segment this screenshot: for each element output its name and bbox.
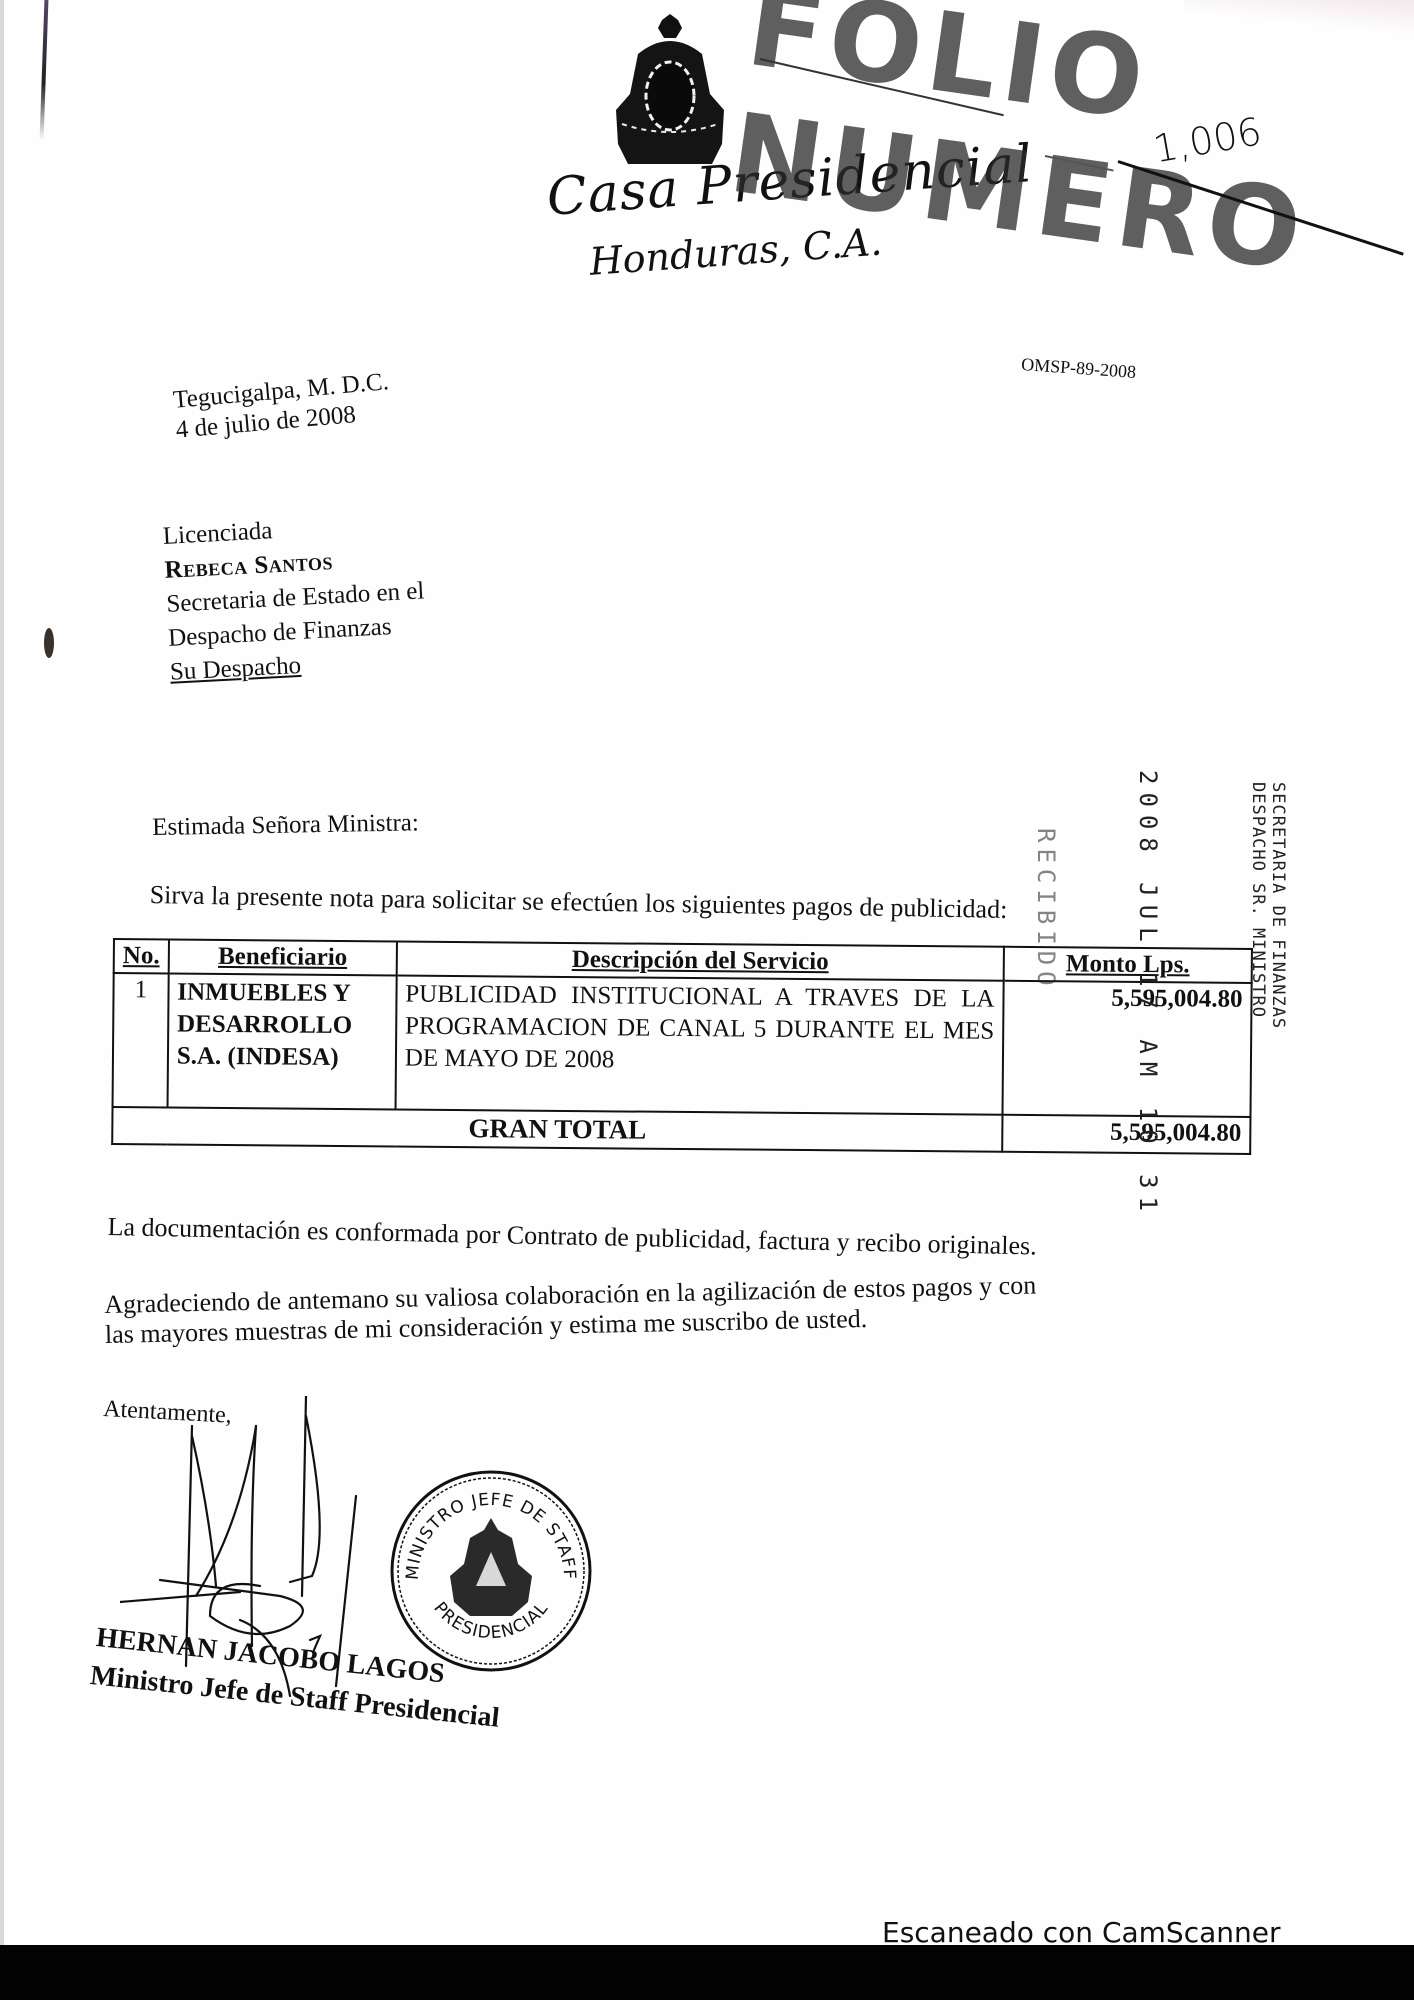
scanner-footer-bar (0, 1945, 1414, 2000)
salutation: Estimada Señora Ministra: (152, 809, 419, 842)
column-header-no: No. (114, 939, 169, 973)
column-header-beneficiary: Beneficiario (169, 939, 397, 975)
reference-code: OMSP-89-2008 (1021, 354, 1137, 383)
payments-table-container: No. Beneficiario Descripción del Servici… (111, 938, 1253, 1155)
official-seal-icon: MINISTRO JEFE DE STAFF PRESIDENCIAL (388, 1468, 594, 1674)
row-beneficiary: INMUEBLES Y DESARROLLO S.A. (INDESA) (167, 973, 396, 1109)
grand-total-label: GRAN TOTAL (112, 1107, 1002, 1152)
scan-artifact (40, 0, 49, 140)
honduras-coat-of-arms-icon (612, 14, 728, 168)
scanner-watermark: Escaneado con CamScanner (882, 1916, 1280, 1949)
page-edge (0, 0, 4, 1945)
binder-hole-mark (44, 628, 54, 658)
documentation-note: La documentación es conformada por Contr… (107, 1212, 1037, 1261)
payments-table: No. Beneficiario Descripción del Servici… (111, 938, 1253, 1155)
finance-office-stamp: SECRETARIA DE FINANZAS (1268, 782, 1288, 1029)
row-description: PUBLICIDAD INSTITUCIONAL A TRAVES DE LA … (395, 975, 1003, 1114)
column-header-description: Descripción del Servicio (396, 941, 1003, 980)
closing-paragraph: Agradeciendo de antemano su valiosa cola… (104, 1270, 1037, 1350)
place-date: Tegucigalpa, M. D.C. 4 de julio de 2008 (172, 367, 393, 446)
row-number: 1 (113, 973, 169, 1107)
finance-office-stamp: DESPACHO SR. MINISTRO (1248, 782, 1268, 1018)
table-row: 1 INMUEBLES Y DESARROLLO S.A. (INDESA) P… (113, 973, 1252, 1117)
received-stamp: RECIBIDO (1032, 828, 1060, 992)
grand-total-amount: 5,595,004.80 (1002, 1115, 1250, 1154)
received-date-stamp: 2008 JUL 17 AM 10 31 (1134, 770, 1162, 1219)
addressee-block: Licenciada Rebeca Santos Secretaria de E… (162, 506, 429, 689)
intro-paragraph: Sirva la presente nota para solicitar se… (149, 880, 1007, 925)
scanned-letter-page: Casa Presidencial Honduras, C.A. FOLIO N… (0, 0, 1414, 1945)
row-amount: 5,595,004.80 (1002, 981, 1251, 1117)
